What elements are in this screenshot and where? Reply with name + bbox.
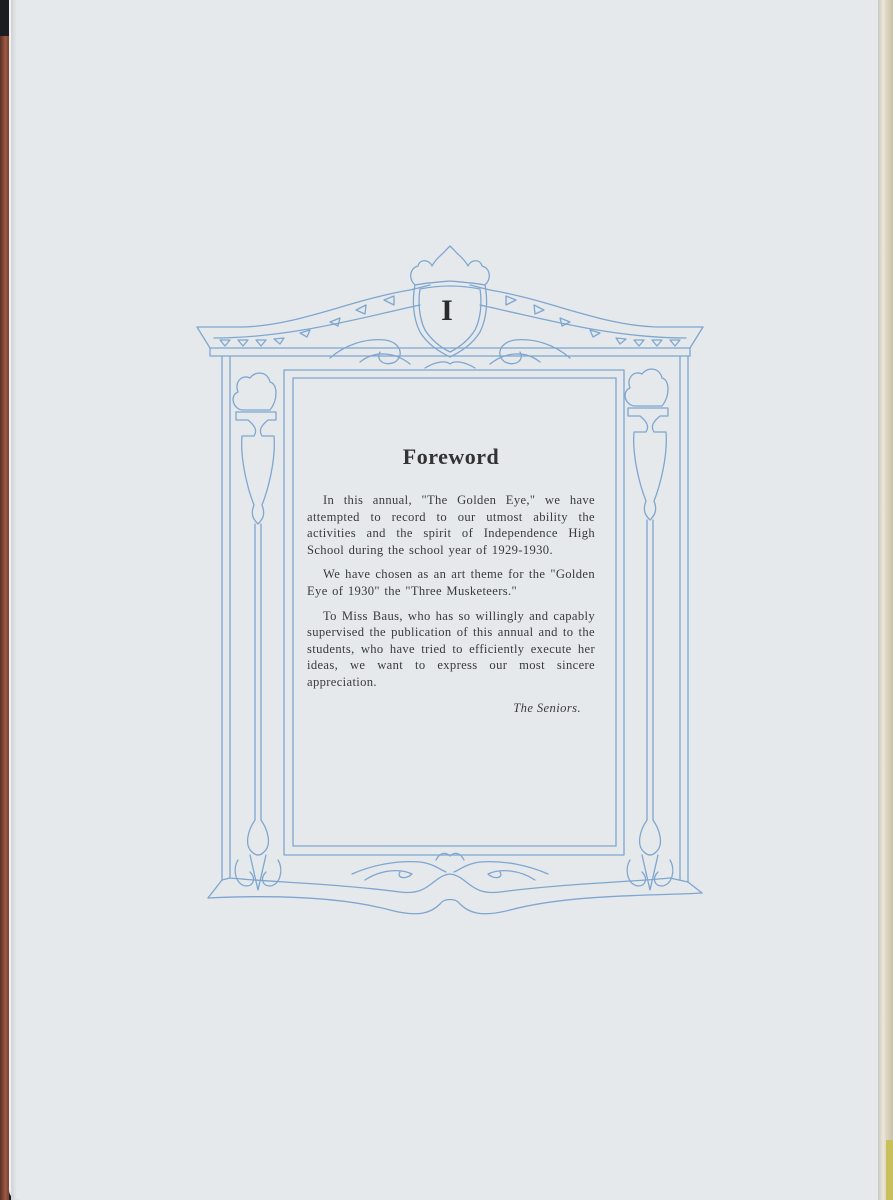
foreword-paragraph-3: To Miss Baus, who has so willingly and c… [307, 608, 595, 691]
foreword-paragraph-2: We have chosen as an art theme for the "… [307, 566, 595, 599]
left-pillar [233, 373, 281, 890]
bottom-acanthus [352, 853, 548, 880]
chapter-numeral: I [430, 296, 464, 326]
foreword-content: Foreword In this annual, "The Golden Eye… [307, 444, 595, 716]
page-title: Foreword [307, 444, 595, 470]
cornice-scrolls [330, 340, 570, 368]
signature: The Seniors. [307, 701, 581, 716]
right-pillar [625, 369, 673, 890]
foreword-paragraph-1: In this annual, "The Golden Eye," we hav… [307, 492, 595, 558]
